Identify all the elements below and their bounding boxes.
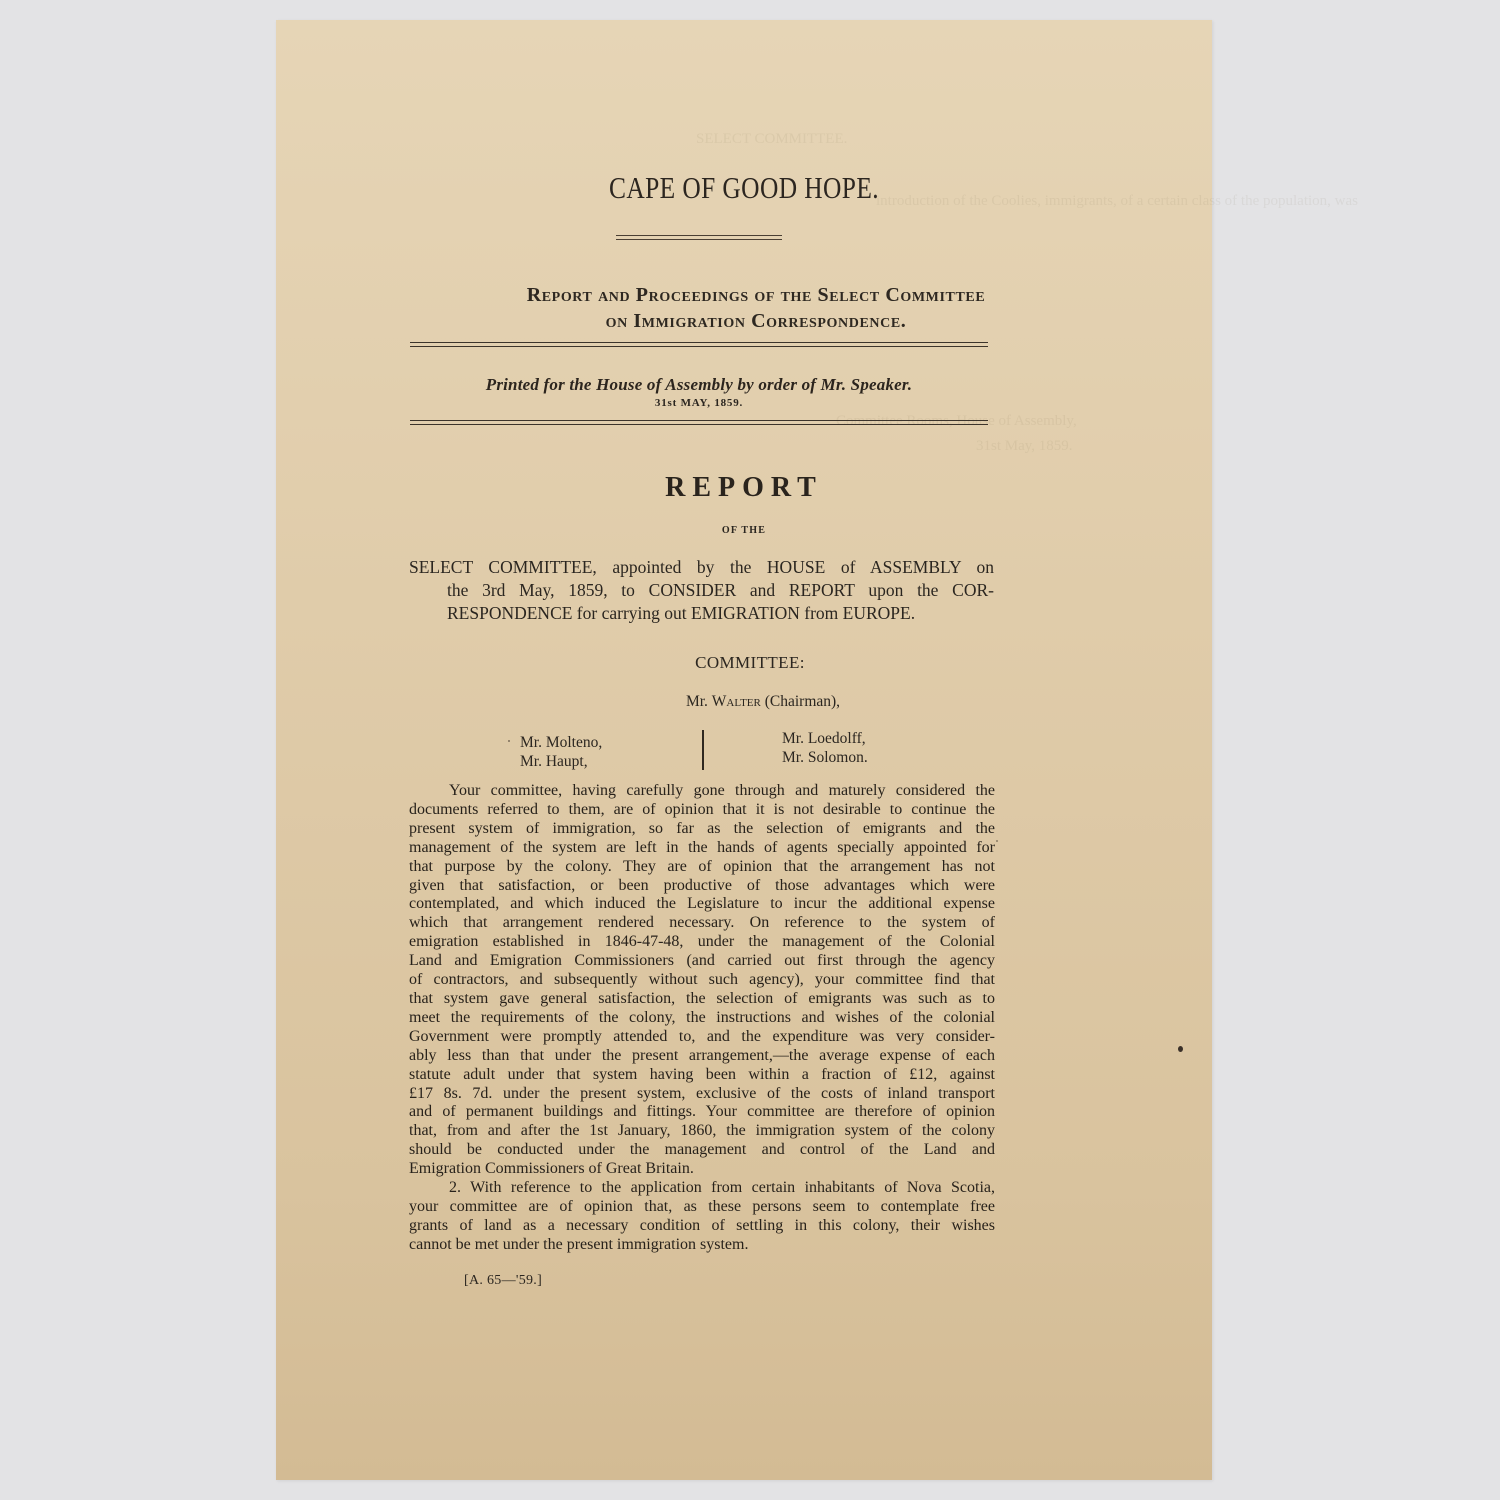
text-line: £17 8s. 7d. under the present system, ex… [409,1085,995,1104]
text-line: meet the requirements of the colony, the… [409,1009,995,1028]
chairman-prefix: Mr. [686,693,712,710]
printed-date: 31st MAY, 1859. [410,397,988,409]
text-line: statute adult under that system having b… [409,1066,995,1085]
committee-appointment-statement: SELECT COMMITTEE, appointed by the HOUSE… [409,556,994,625]
text-line: documents referred to them, are of opini… [409,801,995,820]
committee-member: Mr. Solomon. [782,748,868,767]
report-body: Your committee, having carefully gone th… [409,782,995,1255]
ink-fleck [508,740,510,742]
members-divider [702,730,704,770]
text-line: of contractors, and subsequently without… [409,971,995,990]
paragraph-2: 2. With reference to the application fro… [409,1179,995,1255]
committee-member: Mr. Molteno, [520,733,602,752]
printed-notice: Printed for the House of Assembly by ord… [410,375,988,395]
committee-heading: COMMITTEE: [276,653,1212,673]
committee-members-right: Mr. Loedolff, Mr. Solomon. [782,729,868,767]
text-line: that purpose by the colony. They are of … [409,858,995,877]
chairman-suffix: (Chairman), [761,693,840,710]
header-rule-top [410,342,988,347]
show-through-text: 31st May, 1859. [976,435,1073,457]
committee-member: Mr. Haupt, [520,752,602,771]
text-line: Land and Emigration Commissioners (and c… [409,952,995,971]
text-line: Your committee, having carefully gone th… [409,782,995,801]
of-the-label: OF THE [276,525,1212,536]
subtitle-line-2: on Immigration Correspondence. [396,308,1116,334]
committee-chairman: Mr. Walter (Chairman), [276,693,1212,711]
committee-member: Mr. Loedolff, [782,729,868,748]
text-line: emigration established in 1846-47-48, un… [409,933,995,952]
title-rule [616,235,782,240]
document-subtitle: Report and Proceedings of the Select Com… [396,282,1116,334]
appointment-line: SELECT COMMITTEE, appointed by the HOUSE… [409,556,994,579]
paragraph-1: Your committee, having carefully gone th… [409,782,995,1179]
ink-fleck [1178,1046,1183,1052]
text-line: contemplated, and which induced the Legi… [409,895,995,914]
show-through-text: SELECT COMMITTEE. [696,128,847,150]
text-line: ably less than that under the present ar… [409,1047,995,1066]
report-heading: REPORT [276,472,1212,504]
appointment-line: RESPONDENCE for carrying out EMIGRATION … [409,602,994,625]
text-line: Government were promptly attended to, an… [409,1028,995,1047]
text-line: and of permanent buildings and fittings.… [409,1103,995,1122]
text-line: your committee are of opinion that, as t… [409,1198,995,1217]
text-line: present system of immigration, so far as… [409,820,995,839]
text-line: that system gave general satisfaction, t… [409,990,995,1009]
text-line: that, from and after the 1st January, 18… [409,1122,995,1141]
text-line: Emigration Commissioners of Great Britai… [409,1160,995,1179]
document-page: SELECT COMMITTEE. introduction of the Co… [276,20,1212,1480]
subtitle-line-1: Report and Proceedings of the Select Com… [396,282,1116,308]
document-title: CAPE OF GOOD HOPE. [360,170,1128,206]
chairman-name: Walter [712,693,761,710]
committee-members-left: Mr. Molteno, Mr. Haupt, [520,733,602,771]
text-line: grants of land as a necessary condition … [409,1217,995,1236]
document-reference: [A. 65—'59.] [464,1273,542,1289]
text-line: management of the system are left in the… [409,839,995,858]
text-line: which that arrangement rendered necessar… [409,914,995,933]
appointment-line: the 3rd May, 1859, to CONSIDER and REPOR… [409,579,994,602]
text-line: given that satisfaction, or been product… [409,877,995,896]
text-line: should be conducted under the management… [409,1141,995,1160]
text-line: 2. With reference to the application fro… [409,1179,995,1198]
ink-fleck [996,840,998,842]
text-line: cannot be met under the present immigrat… [409,1236,995,1255]
header-rule-bottom [410,420,988,425]
